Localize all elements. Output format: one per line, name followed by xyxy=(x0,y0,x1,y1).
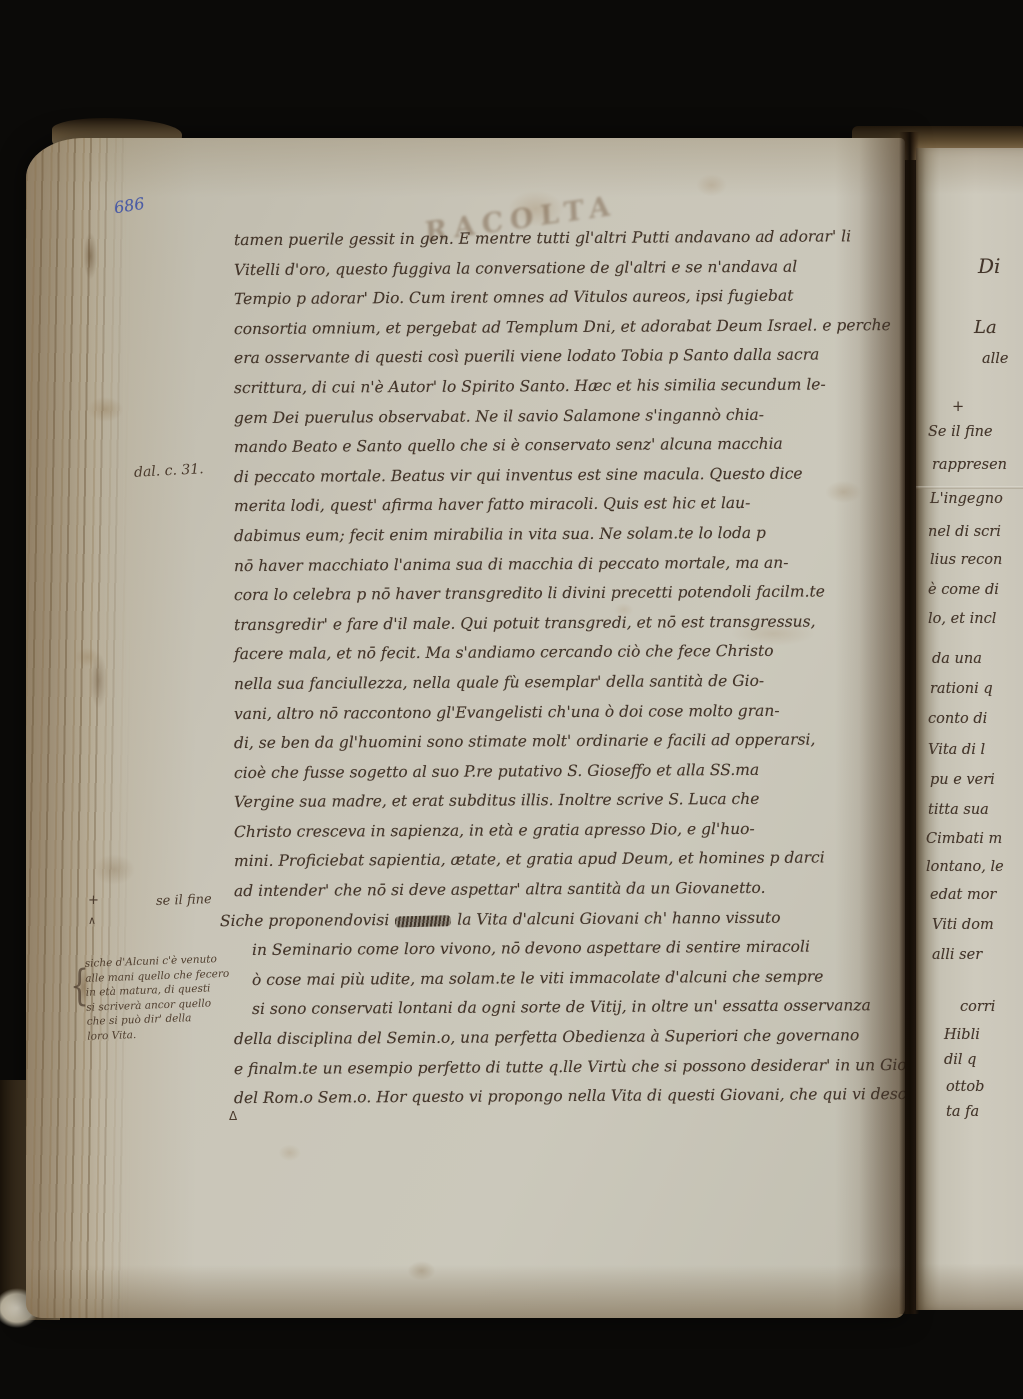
photo-background: 686 RACOLTA dal. c. 31. + ∧ se il fine {… xyxy=(0,0,1023,1399)
margin-chapter-ref: dal. c. 31. xyxy=(134,462,204,480)
right-page-fragment: La xyxy=(974,318,997,338)
manuscript-line: si sono conservati lontani da ogni sorte… xyxy=(252,991,905,1025)
manuscript-line: Vitelli d'oro, questo fuggiva la convers… xyxy=(234,252,905,286)
right-page-fragment: Se il fine xyxy=(928,425,993,441)
right-page-fragment: Cimbati m xyxy=(926,832,1002,848)
right-page-fragment: rappresen xyxy=(932,458,1007,474)
right-page-fragment: edat mor xyxy=(930,888,996,904)
right-page-fragment: nel di scri xyxy=(928,525,1001,541)
page-crease xyxy=(916,486,1023,489)
right-page-fragment: Hibli xyxy=(944,1028,980,1044)
margin-caret-mark: ∧ xyxy=(88,915,96,926)
margin-cross-mark: + xyxy=(88,894,99,907)
manuscript-line: tamen puerile gessit in gen. E mentre tu… xyxy=(234,222,905,256)
line-suffix: la Vita d'alcuni Giovani ch' hanno vissu… xyxy=(457,908,780,928)
manuscript-line: ò cose mai più udite, ma solam.te le vit… xyxy=(252,962,905,996)
right-page-fragment: alle xyxy=(982,352,1009,368)
manuscript-line: mini. Proficiebat sapientia, ætate, et g… xyxy=(234,843,905,877)
right-page-fragment: è come di xyxy=(928,583,999,599)
manuscript-line: nō haver macchiato l'anima sua di macchi… xyxy=(234,547,905,581)
right-page-fragment: alli ser xyxy=(932,948,982,964)
right-page-fragment: titta sua xyxy=(928,803,989,819)
manuscript-line: vani, altro nō raccontono gl'Evangelisti… xyxy=(234,695,905,729)
manuscript-line: del Rom.o Sem.o. Hor questo vi propongo … xyxy=(234,1080,905,1114)
manuscript-line: di peccato mortale. Beatus vir qui inven… xyxy=(234,459,905,493)
book-gutter xyxy=(899,132,919,1314)
manuscript-line-with-strikeout: Siche proponendovisila Vita d'alcuni Gio… xyxy=(220,903,905,937)
right-page-fragment: L'ingegno xyxy=(930,492,1003,508)
right-page-fragment: Vita di l xyxy=(928,743,985,759)
margin-side-note: siche d'Alcuni c'è venuto alle mani quel… xyxy=(85,951,248,1044)
right-page-fragment: + xyxy=(952,400,964,416)
right-page-fragment: pu e veri xyxy=(930,773,995,789)
right-page-fragment: dil q xyxy=(944,1053,976,1069)
manuscript-line: cioè che fusse sogetto al suo P.re putat… xyxy=(234,755,905,789)
manuscript-line: ad intender' che nō si deve aspettar' al… xyxy=(234,873,905,907)
manuscript-line: cora lo celebra p nō haver transgredito … xyxy=(234,577,905,611)
manuscript-line: dabimus eum; fecit enim mirabilia in vit… xyxy=(234,518,905,552)
manuscript-line: consortia omnium, et pergebat ad Templum… xyxy=(234,311,905,345)
manuscript-line: della disciplina del Semin.o, una perfet… xyxy=(234,1021,905,1055)
manuscript-line: di, se ben da gl'huomini sono stimate mo… xyxy=(234,725,905,759)
manuscript-line: scrittura, di cui n'è Autor' lo Spirito … xyxy=(234,370,905,404)
right-page-fragment: Di xyxy=(978,255,1000,277)
manuscript-right-page-sliver: Di La alle + Se il fine rappresen L'inge… xyxy=(916,148,1023,1310)
right-page-fragment: ta fa xyxy=(946,1105,979,1121)
manuscript-left-page: 686 RACOLTA dal. c. 31. + ∧ se il fine {… xyxy=(26,138,905,1318)
manuscript-line: Vergine sua madre, et erat subditus illi… xyxy=(234,784,905,818)
manuscript-text-block: tamen puerile gessit in gen. E mentre tu… xyxy=(234,224,905,1112)
manuscript-line: facere mala, et nō fecit. Ma s'andiamo c… xyxy=(234,636,905,670)
manuscript-line: era osservante di questi così puerili vi… xyxy=(234,340,905,374)
manuscript-line: in Seminario come loro vivono, nō devono… xyxy=(252,932,905,966)
manuscript-line: e finalm.te un esempio perfetto di tutte… xyxy=(234,1051,905,1085)
right-page-fragment: ottob xyxy=(946,1080,984,1096)
manuscript-line: transgredir' e fare d'il male. Qui potui… xyxy=(234,607,905,641)
page-number: 686 xyxy=(113,196,146,217)
manuscript-line: nella sua fanciullezza, nella quale fù e… xyxy=(234,666,905,700)
right-page-fragment: conto di xyxy=(928,712,987,728)
scribbled-out-word xyxy=(395,914,451,926)
stained-fore-edge xyxy=(26,138,130,1318)
manuscript-line: Tempio p adorar' Dio. Cum irent omnes ad… xyxy=(234,281,905,315)
manuscript-line: mando Beato e Santo quello che si è cons… xyxy=(234,429,905,463)
right-page-fragment: rationi q xyxy=(930,682,993,698)
manuscript-line: merita lodi, quest' afirma haver fatto m… xyxy=(234,488,905,522)
right-page-fragment: lo, et incl xyxy=(928,612,996,628)
line-prefix: Siche proponendovisi xyxy=(220,911,389,930)
manuscript-line: gem Dei puerulus observabat. Ne il savio… xyxy=(234,399,905,433)
manuscript-line: Christo cresceva in sapienza, in età e g… xyxy=(234,814,905,848)
right-page-fragment: corri xyxy=(960,1000,995,1016)
right-page-fragment: lontano, le xyxy=(926,860,1004,876)
right-page-fragment: Viti dom xyxy=(932,918,994,934)
margin-heading-note: se il fine xyxy=(156,893,212,908)
right-page-fragment: da una xyxy=(932,652,982,668)
right-page-fragment: lius recon xyxy=(930,553,1002,569)
